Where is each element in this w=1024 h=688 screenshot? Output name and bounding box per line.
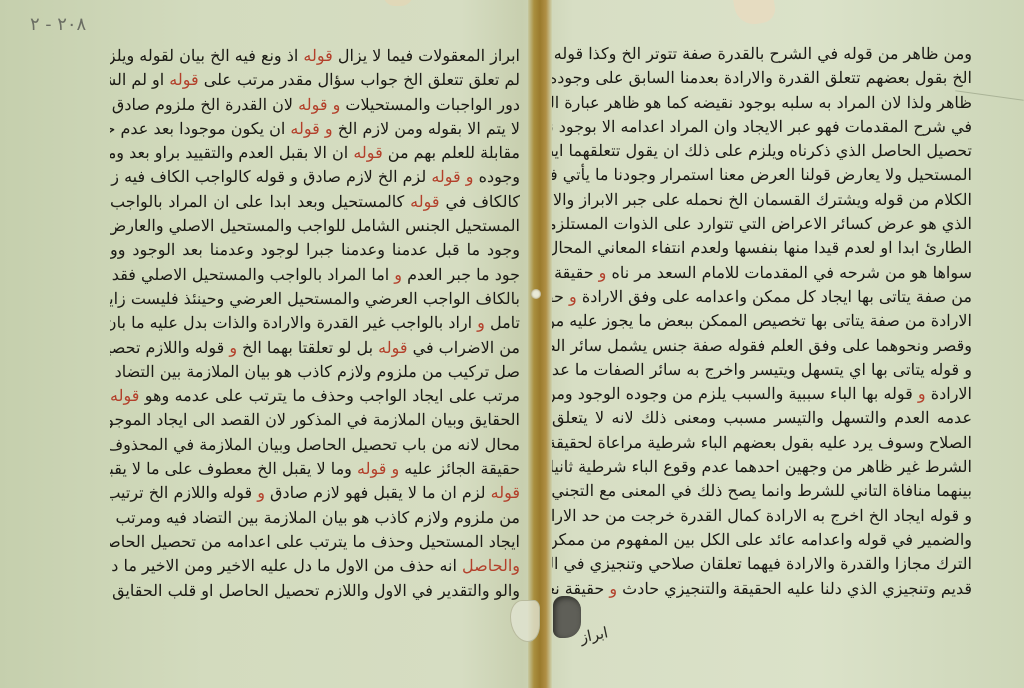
rubric-conjunction: و	[394, 265, 402, 284]
manuscript-line: مقابلة للعلم بهم من قوله ان الا بقبل الع…	[110, 141, 520, 165]
manuscript-line: لا يتم الا بقوله ومن لازم الخ و قوله ان …	[110, 117, 520, 141]
manuscript-line: المستحيل الجنس الشامل للواجب والمستحيل ا…	[110, 214, 520, 238]
rubric-word: قوله	[410, 192, 439, 211]
manuscript-line: الذي هو عرض كسائر الاعراض التي تتوارد عل…	[552, 212, 972, 236]
manuscript-line: بالكاف الواجب العرضي والمستحيل العرضي وح…	[110, 287, 520, 311]
rubric-word: قوله	[357, 459, 386, 478]
manuscript-line: بينهما منافاة التاني للشرط وانما يصح ذلك…	[552, 479, 972, 503]
left-page-text-block: ابراز المعقولات فيما لا يزال قوله اذ ونع…	[110, 44, 520, 603]
manuscript-line: من صفة يتاتى بها ايجاد كل ممكن واعدامه ع…	[552, 285, 972, 309]
rubric-conjunction: و	[229, 338, 237, 357]
rubric-word: قوله	[353, 143, 382, 162]
manuscript-line: الحقايق وبيان الملازمة في المذكور لان ال…	[110, 408, 520, 432]
manuscript-line: حقيقة الجائز عليه و قوله وما لا يقبل الخ…	[110, 457, 520, 481]
manuscript-line: قوله لزم ان ما لا يقبل فهو لازم صادق و ق…	[110, 481, 520, 505]
manuscript-line: محال لانه من باب تحصيل الحاصل وبيان المل…	[110, 433, 520, 457]
manuscript-line: الخ بقول بعضهم تتعلق القدرة والارادة بعد…	[552, 66, 972, 90]
manuscript-line: دور الواجبات والمستحيلات و قوله لان القد…	[110, 93, 520, 117]
rubric-conjunction: و	[918, 384, 926, 403]
manuscript-line: قديم وتنجيزي الذي دلنا عليه الحقيقة والت…	[552, 577, 972, 601]
rubric-conjunction: و	[477, 313, 485, 332]
manuscript-line: ابراز المعقولات فيما لا يزال قوله اذ ونع…	[110, 44, 520, 68]
rubric-conjunction: و	[391, 459, 399, 478]
manuscript-spread: ٢٠٨ - ٢ ابراز المعقولات فيما لا يزال قول…	[0, 0, 1024, 688]
sewing-hole	[531, 289, 541, 299]
rubric-conjunction: و	[599, 263, 607, 282]
manuscript-line: وجود ما قبل عدمنا وعدمنا جبرا لوجود وعدم…	[110, 238, 520, 262]
left-page: ٢٠٨ - ٢ ابراز المعقولات فيما لا يزال قول…	[0, 0, 528, 688]
binding-gutter	[528, 0, 552, 688]
rubric-conjunction: و	[333, 95, 341, 114]
rubric-word: قوله	[378, 338, 407, 357]
manuscript-line: الارادة من صفة يتاتى بها تخصيص الممكن بب…	[552, 309, 972, 333]
rubric-conjunction: و	[466, 167, 474, 186]
manuscript-line: كالكاف في قوله كالمستحيل وبعد ابدا على ا…	[110, 190, 520, 214]
manuscript-line: جود ما جبر العدم و اما المراد بالواجب وا…	[110, 263, 520, 287]
paper-damage-hole	[553, 596, 581, 638]
manuscript-line: وجوده و قوله لزم الخ لازم صادق و قوله كا…	[110, 165, 520, 189]
rubric-word: والحاصل	[462, 556, 520, 575]
manuscript-line: عدمه العدم والتسهل والتيسر مسبب ومعنى ذل…	[552, 406, 972, 430]
right-page: ومن ظاهر من قوله في الشرح بالقدرة صفة تت…	[552, 0, 1024, 688]
manuscript-line: الشرط غير ظاهر من وجهين احدهما عدم وقوع …	[552, 455, 972, 479]
rubric-word: قوله	[290, 119, 319, 138]
right-page-text-block: ومن ظاهر من قوله في الشرح بالقدرة صفة تت…	[552, 42, 972, 601]
manuscript-line: و قوله يتاتى بها اي يتسهل ويتيسر واخرج ب…	[552, 358, 972, 382]
manuscript-line: من الاضراب في قوله بل لو تعلقتا بهما الخ…	[110, 336, 520, 360]
manuscript-line: و قوله ايجاد الخ اخرج به الارادة كمال ال…	[552, 504, 972, 528]
rubric-conjunction: و	[569, 287, 577, 306]
manuscript-line: ظاهر ولذا لان المراد به سلبه بوجود نقيضه…	[552, 91, 972, 115]
manuscript-line: المستحيل ولا يعارض قولنا العرض معنا استم…	[552, 163, 972, 187]
rubric-word: قوله	[491, 483, 520, 502]
rubric-conjunction: و	[609, 579, 617, 598]
manuscript-line: الترك مجازا والقدرة والارادة فيهما تعلقا…	[552, 552, 972, 576]
manuscript-line: والو والتقدير في الاول واللازم تحصيل الح…	[110, 579, 520, 603]
manuscript-line: الصلاح وسوف يرد عليه بقول بعضهم الباء شر…	[552, 431, 972, 455]
manuscript-line: وقصر ونحوهما على وفق العلم فقوله صفة جنس…	[552, 334, 972, 358]
manuscript-line: ايجاد المستحيل وحذف ما يترتب على اعدامه …	[110, 530, 520, 554]
rubric-conjunction: و	[257, 483, 265, 502]
manuscript-line: صل تركيب من ملزوم ولازم كاذب هو بيان الم…	[110, 360, 520, 384]
rubric-word: قوله	[110, 386, 139, 405]
manuscript-line: سواها هو من شرحه في المقدمات للامام السع…	[552, 261, 972, 285]
folio-number: ٢٠٨ - ٢	[30, 14, 86, 35]
manuscript-line: ومن ظاهر من قوله في الشرح بالقدرة صفة تت…	[552, 42, 972, 66]
manuscript-line: مرتب على ايجاد الواجب وحذف ما يترتب على …	[110, 384, 520, 408]
manuscript-line: تحصيل الحاصل الذي ذكرناه ويلزم على ذلك ا…	[552, 139, 972, 163]
manuscript-line: والضمير في قوله واعدامه عائد على الكل بي…	[552, 528, 972, 552]
manuscript-line: والحاصل انه حذف من الاول ما دل عليه الاخ…	[110, 554, 520, 578]
manuscript-line: من ملزوم ولازم كاذب هو بيان الملازمة بين…	[110, 506, 520, 530]
rubric-word: قوله	[169, 70, 198, 89]
manuscript-line: تامل و اراد بالواجب غير القدرة والارادة …	[110, 311, 520, 335]
rubric-word: قوله	[431, 167, 460, 186]
manuscript-line: الطارئ ابدا او لعدم قيدا منها بنفسها ولع…	[552, 236, 972, 260]
manuscript-line: الارادة و قوله بها الباء سببية والسبب يل…	[552, 382, 972, 406]
rubric-word: قوله	[298, 95, 327, 114]
manuscript-line: في شرح المقدمات فهو عبر الايجاد وان المر…	[552, 115, 972, 139]
manuscript-line: لم تعلق تتعلق الخ جواب سؤال مقدر مرتب عل…	[110, 68, 520, 92]
manuscript-line: الكلام من قوله ويشترك القسمان الخ نحمله …	[552, 188, 972, 212]
rubric-word: قوله	[303, 46, 332, 65]
rubric-conjunction: و	[325, 119, 333, 138]
